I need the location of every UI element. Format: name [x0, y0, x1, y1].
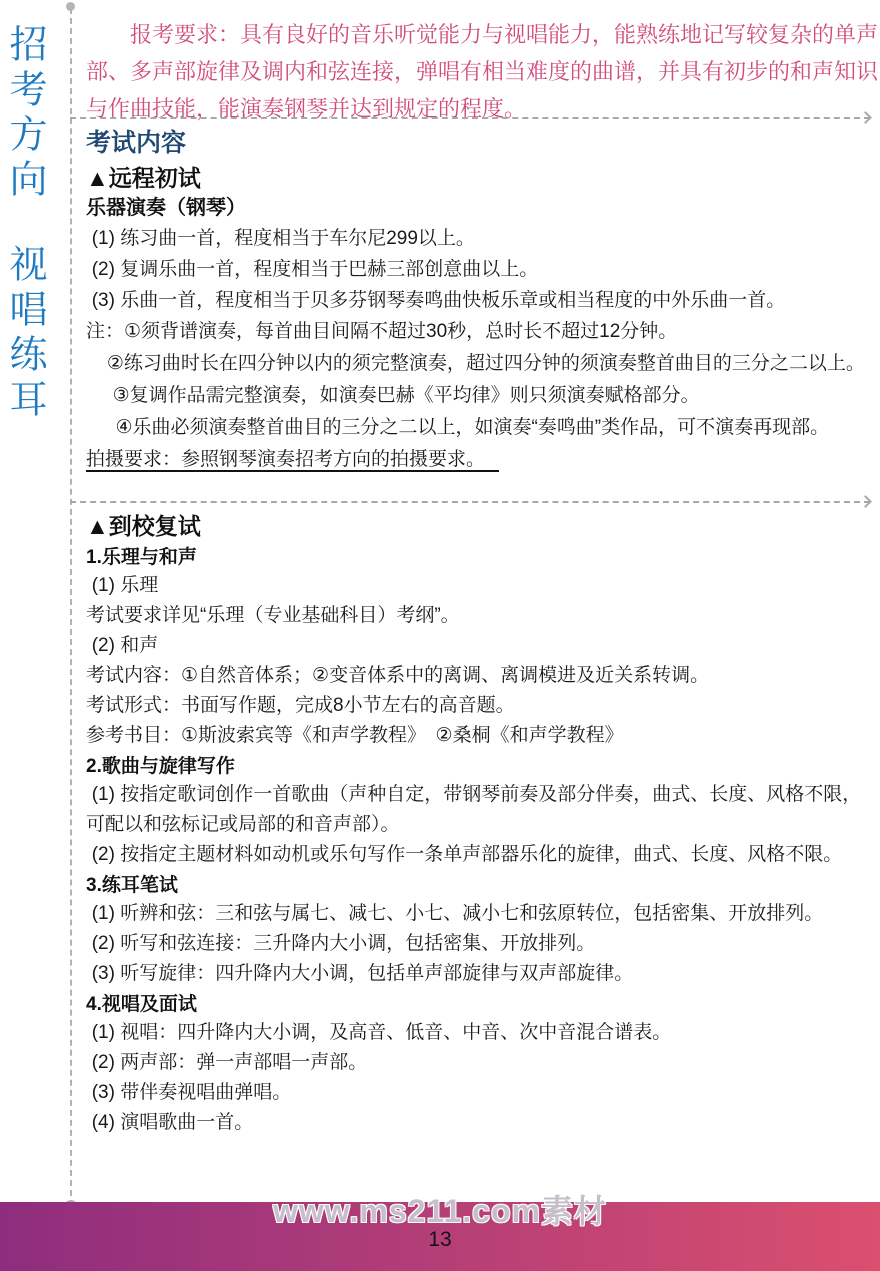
section-line: 考试要求详见“乐理（专业基础科目）考纲”。 — [86, 601, 878, 631]
remote-note-3: ③复调作品需完整演奏，如演奏巴赫《平均律》则只须演奏赋格部分。 — [86, 380, 878, 412]
onsite-exam-heading: ▲到校复试 — [86, 512, 878, 540]
remote-item-2: (2) 复调乐曲一首，程度相当于巴赫三部创意曲以上。 — [86, 254, 878, 285]
section-line: (1) 视唱：四升降内大小调，及高音、低音、中音、次中音混合谱表。 — [86, 1018, 878, 1048]
filming-requirement-text: 拍摄要求：参照钢琴演奏招考方向的拍摄要求。 — [86, 449, 499, 472]
divider-dashed-top — [70, 117, 870, 119]
sidebar-label-direction: 招考方向 — [6, 24, 52, 204]
section-line: (2) 听写和弦连接：三升降内大小调，包括密集、开放排列。 — [86, 929, 878, 959]
remote-item-1: (1) 练习曲一首，程度相当于车尔尼299以上。 — [86, 223, 878, 254]
divider-dashed-middle — [70, 501, 870, 503]
section-line: (2) 两声部：弹一声部唱一声部。 — [86, 1048, 878, 1078]
pin-dot-top — [66, 2, 75, 11]
instrument-subheading: 乐器演奏（钢琴） — [86, 196, 878, 221]
section-line: 考试内容：①自然音体系；②变音体系中的离调、离调模进及近关系转调。 — [86, 661, 878, 691]
remote-note-1: 注：①须背谱演奏，每首曲目间隔不超过30秒，总时长不超过12分钟。 — [86, 316, 878, 348]
remote-note-4: ④乐曲必须演奏整首曲目的三分之二以上，如演奏“奏鸣曲”类作品，可不演奏再现部。 — [86, 412, 878, 444]
remote-exam-section: 考试内容 ▲远程初试 乐器演奏（钢琴） (1) 练习曲一首，程度相当于车尔尼29… — [86, 128, 878, 475]
section-title-ear-training-written: 3.练耳笔试 — [86, 872, 878, 899]
watermark-text: www.ms211.com素材 — [273, 1186, 607, 1232]
section-line: (2) 和声 — [86, 631, 878, 661]
section-line: (1) 乐理 — [86, 571, 878, 601]
remote-note-2: ②练习曲时长在四分钟以内的须完整演奏，超过四分钟的须演奏整首曲目的三分之二以上。 — [86, 348, 878, 380]
page-number: 13 — [0, 1228, 880, 1252]
section-line: (1) 听辨和弦：三和弦与属七、减七、小七、减小七和弦原转位，包括密集、开放排列… — [86, 899, 878, 929]
section-line: 参考书目：①斯波索宾等《和声学教程》 ②桑桐《和声学教程》 — [86, 721, 878, 751]
document-page: 招考方向 视唱练耳 报考要求：具有良好的音乐听觉能力与视唱能力，能熟练地记写较复… — [0, 0, 880, 1271]
sidebar-label-subject: 视唱练耳 — [6, 244, 52, 424]
onsite-exam-section: ▲到校复试 1.乐理与和声 (1) 乐理 考试要求详见“乐理（专业基础科目）考纲… — [86, 512, 878, 1138]
section-title-theory-harmony: 1.乐理与和声 — [86, 544, 878, 571]
remote-exam-heading: ▲远程初试 — [86, 164, 878, 192]
section-line: 考试形式：书面写作题，完成8小节左右的高音题。 — [86, 691, 878, 721]
section-line: (3) 带伴奏视唱曲弹唱。 — [86, 1078, 878, 1108]
section-title-song-melody-writing: 2.歌曲与旋律写作 — [86, 753, 878, 780]
section-line: (1) 按指定歌词创作一首歌曲（声种自定，带钢琴前奏及部分伴奏，曲式、长度、风格… — [86, 780, 878, 840]
divider-vertical-dashed — [70, 8, 72, 1206]
section-line: (2) 按指定主题材料如动机或乐句写作一条单声部器乐化的旋律，曲式、长度、风格不… — [86, 840, 878, 870]
arrow-right-icon — [859, 495, 872, 508]
section-line: (3) 听写旋律：四升降内大小调，包括单声部旋律与双声部旋律。 — [86, 959, 878, 989]
remote-item-3: (3) 乐曲一首，程度相当于贝多芬钢琴奏鸣曲快板乐章或相当程度的中外乐曲一首。 — [86, 285, 878, 316]
page-title: 考试内容 — [86, 128, 878, 158]
section-line: (4) 演唱歌曲一首。 — [86, 1108, 878, 1138]
section-title-sightsinging-interview: 4.视唱及面试 — [86, 991, 878, 1018]
application-requirements-paragraph: 报考要求：具有良好的音乐听觉能力与视唱能力，能熟练地记写较复杂的单声部、多声部旋… — [86, 16, 878, 127]
filming-requirement: 拍摄要求：参照钢琴演奏招考方向的拍摄要求。 — [86, 444, 878, 475]
